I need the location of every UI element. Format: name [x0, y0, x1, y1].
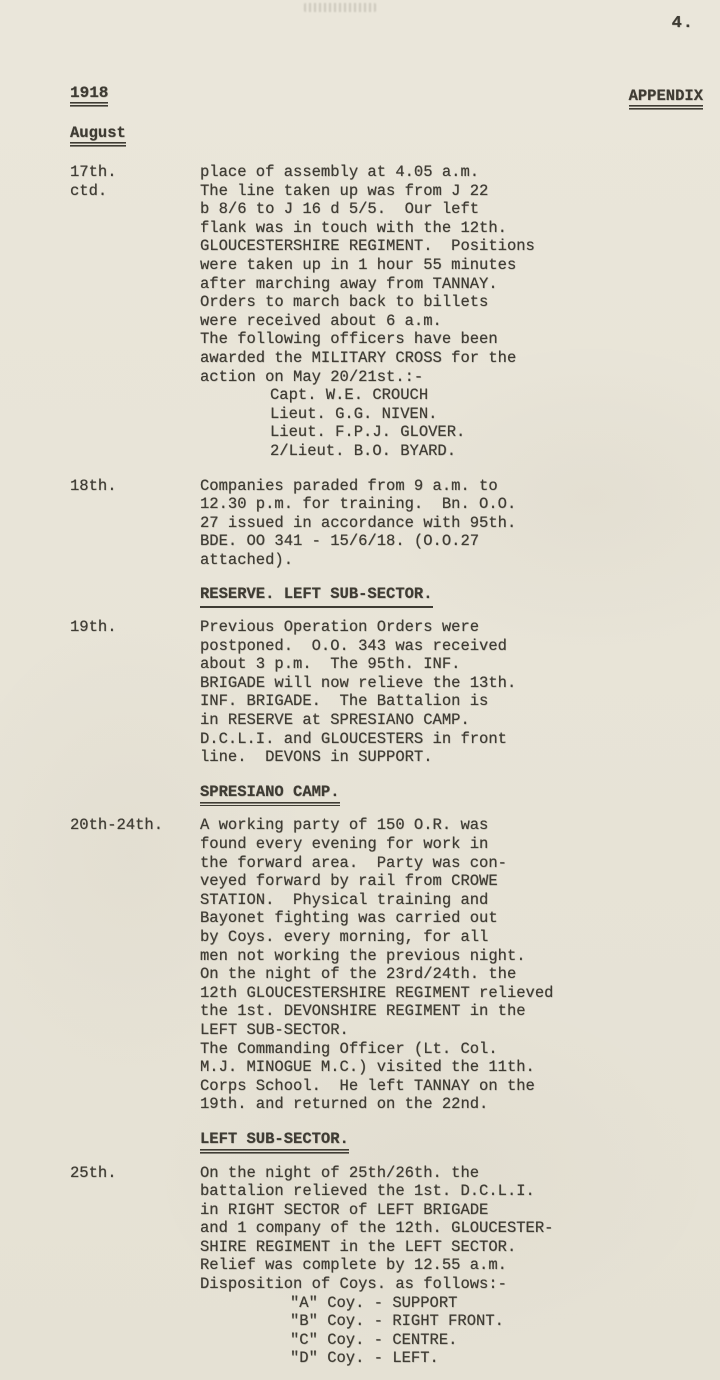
entry-date: 20th-24th. [70, 816, 200, 1114]
body-line: On the night of the 23rd/24th. the [200, 965, 704, 984]
body-line: 12th GLOUCESTERSHIRE REGIMENT relieved [200, 984, 704, 1003]
body-line: place of assembly at 4.05 a.m. [200, 163, 704, 182]
date-line: ctd. [70, 182, 200, 201]
diary-content: 17th. ctd. place of assembly at 4.05 a.m… [70, 163, 704, 1380]
entry-body: place of assembly at 4.05 a.m. The line … [200, 163, 704, 461]
body-line: the forward area. Party was con- [200, 854, 704, 873]
body-line: men not working the previous night. [200, 947, 704, 966]
body-line: Companies paraded from 9 a.m. to [200, 477, 704, 496]
body-line: Orders to march back to billets [200, 293, 704, 312]
month-heading: August [70, 124, 126, 147]
body-line: BDE. OO 341 - 15/6/18. (O.O.27 [200, 532, 704, 551]
section-heading-text: SPRESIANO CAMP. [200, 783, 340, 807]
date-line: 25th. [70, 1164, 200, 1183]
body-line: after marching away from TANNAY. [200, 275, 704, 294]
body-line: in RIGHT SECTOR of LEFT BRIGADE [200, 1201, 704, 1220]
entry-date: 19th. [70, 618, 200, 767]
entry-date: 18th. [70, 477, 200, 570]
entry-body: On the night of 25th/26th. the battalion… [200, 1164, 704, 1369]
faint-smudge [304, 3, 376, 12]
officer-name: Capt. W.E. CROUCH [200, 386, 704, 405]
appendix-label: APPENDIX [629, 87, 703, 110]
body-line: GLOUCESTERSHIRE REGIMENT. Positions [200, 237, 704, 256]
diary-entry-17th: 17th. ctd. place of assembly at 4.05 a.m… [70, 163, 704, 461]
section-heading-left-sub-sector: LEFT SUB-SECTOR. [200, 1130, 704, 1154]
body-line: awarded the MILITARY CROSS for the [200, 349, 704, 368]
body-line: INF. BRIGADE. The Battalion is [200, 692, 704, 711]
body-line: veyed forward by rail from CROWE [200, 872, 704, 891]
body-line: b 8/6 to J 16 d 5/5. Our left [200, 200, 704, 219]
section-heading-spresiano-camp: SPRESIANO CAMP. [200, 783, 704, 807]
body-line: and 1 company of the 12th. GLOUCESTER- [200, 1219, 704, 1238]
body-line: were received about 6 a.m. [200, 312, 704, 331]
entry-date: 25th. [70, 1164, 200, 1369]
body-line: Corps School. He left TANNAY on the [200, 1077, 704, 1096]
body-line: M.J. MINOGUE M.C.) visited the 11th. [200, 1058, 704, 1077]
company-disposition: "C" Coy. - CENTRE. [200, 1331, 704, 1350]
body-line: BRIGADE will now relieve the 13th. [200, 674, 704, 693]
body-line: about 3 p.m. The 95th. INF. [200, 655, 704, 674]
body-line: The following officers have been [200, 330, 704, 349]
diary-entry-18th: 18th. Companies paraded from 9 a.m. to 1… [70, 477, 704, 570]
body-line: attached). [200, 551, 704, 570]
body-line: D.C.L.I. and GLOUCESTERS in front [200, 730, 704, 749]
year-heading: 1918 [70, 84, 108, 107]
entry-body: A working party of 150 O.R. was found ev… [200, 816, 704, 1114]
officer-name: 2/Lieut. B.O. BYARD. [200, 442, 704, 461]
body-line: were taken up in 1 hour 55 minutes [200, 256, 704, 275]
officer-name: Lieut. G.G. NIVEN. [200, 405, 704, 424]
entry-body: Previous Operation Orders were postponed… [200, 618, 704, 767]
diary-entry-19th: 19th. Previous Operation Orders were pos… [70, 618, 704, 767]
body-line: Previous Operation Orders were [200, 618, 704, 637]
company-disposition: "D" Coy. - LEFT. [200, 1349, 704, 1368]
body-line: flank was in touch with the 12th. [200, 219, 704, 238]
section-heading-reserve-left-sub-sector: RESERVE. LEFT SUB-SECTOR. [200, 585, 704, 608]
body-line: LEFT SUB-SECTOR. [200, 1021, 704, 1040]
date-line: 18th. [70, 477, 200, 496]
body-line: Disposition of Coys. as follows:- [200, 1275, 704, 1294]
section-heading-text: RESERVE. LEFT SUB-SECTOR. [200, 585, 433, 608]
body-line: On the night of 25th/26th. the [200, 1164, 704, 1183]
company-disposition: "B" Coy. - RIGHT FRONT. [200, 1312, 704, 1331]
officer-name: Lieut. F.P.J. GLOVER. [200, 423, 704, 442]
page-number: 4. [672, 14, 694, 33]
date-line: 17th. [70, 163, 200, 182]
diary-entry-20th-24th: 20th-24th. A working party of 150 O.R. w… [70, 816, 704, 1114]
date-line: 20th-24th. [70, 816, 200, 835]
body-line: action on May 20/21st.:- [200, 368, 704, 387]
body-line: The Commanding Officer (Lt. Col. [200, 1040, 704, 1059]
section-heading-text: LEFT SUB-SECTOR. [200, 1130, 349, 1154]
body-line: by Coys. every morning, for all [200, 928, 704, 947]
body-line: The line taken up was from J 22 [200, 182, 704, 201]
body-line: the 1st. DEVONSHIRE REGIMENT in the [200, 1002, 704, 1021]
body-line: STATION. Physical training and [200, 891, 704, 910]
body-line: in RESERVE at SPRESIANO CAMP. [200, 711, 704, 730]
body-line: 27 issued in accordance with 95th. [200, 514, 704, 533]
company-disposition: "A" Coy. - SUPPORT [200, 1294, 704, 1313]
body-line: 12.30 p.m. for training. Bn. O.O. [200, 495, 704, 514]
body-line: A working party of 150 O.R. was [200, 816, 704, 835]
body-line: 19th. and returned on the 22nd. [200, 1095, 704, 1114]
entry-body: Companies paraded from 9 a.m. to 12.30 p… [200, 477, 704, 570]
date-line: 19th. [70, 618, 200, 637]
body-line: found every evening for work in [200, 835, 704, 854]
entry-date: 17th. ctd. [70, 163, 200, 461]
body-line: postponed. O.O. 343 was received [200, 637, 704, 656]
diary-entry-25th: 25th. On the night of 25th/26th. the bat… [70, 1164, 704, 1369]
body-line: SHIRE REGIMENT in the LEFT SECTOR. [200, 1238, 704, 1257]
body-line: line. DEVONS in SUPPORT. [200, 748, 704, 767]
diary-page: 4. 1918 APPENDIX August 17th. ctd. place… [0, 0, 720, 1380]
body-line: battalion relieved the 1st. D.C.L.I. [200, 1182, 704, 1201]
body-line: Relief was complete by 12.55 a.m. [200, 1256, 704, 1275]
body-line: Bayonet fighting was carried out [200, 909, 704, 928]
